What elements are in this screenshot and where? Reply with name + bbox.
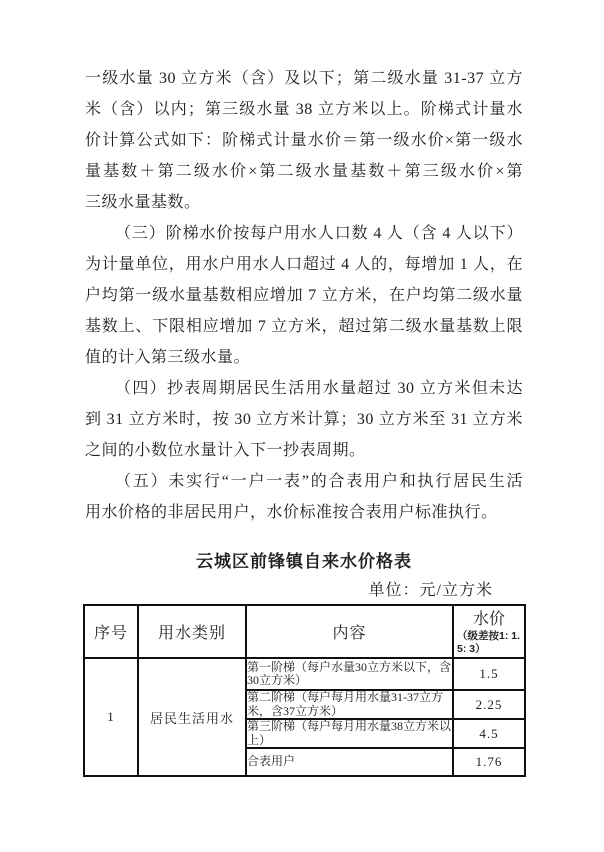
price-column-title: 水价 xyxy=(454,608,524,629)
tier-content: 第一阶梯（每户水量30立方米以下，含30立方米） xyxy=(246,658,453,690)
tier-price: 1.5 xyxy=(453,658,525,690)
table-row: 1 居民生活用水 第一阶梯（每户水量30立方米以下，含30立方米） 1.5 xyxy=(84,658,525,690)
col-header-category: 用水类别 xyxy=(138,605,246,658)
body-text-line: 基数上、下限相应增加 7 立方米，超过第二级水量基数上限 xyxy=(85,311,523,342)
body-text-line: （五）未实行“一户一表”的合表用户和执行居民生活 xyxy=(85,466,523,497)
body-text-line: 值的计入第三级水量。 xyxy=(85,342,523,373)
water-price-table: 序号 用水类别 内容 水价 （级差按1: 1.5: 3） 1 居民生活用水 第一… xyxy=(83,604,526,777)
row-usage-category: 居民生活用水 xyxy=(138,658,246,776)
body-text-line: 用水价格的非居民用户，水价标准按合表用户标准执行。 xyxy=(85,497,523,528)
body-text-line: 之间的小数位水量计入下一抄表周期。 xyxy=(85,435,523,466)
row-seq-number: 1 xyxy=(84,658,138,776)
tier-content: 合表用户 xyxy=(246,748,453,776)
price-column-note: （级差按1: 1.5: 3） xyxy=(454,629,524,656)
body-text-line: 一级水量 30 立方米（含）及以下；第二级水量 31-37 立方 xyxy=(85,63,523,94)
tier-price: 1.76 xyxy=(453,748,525,776)
table-header-row: 序号 用水类别 内容 水价 （级差按1: 1.5: 3） xyxy=(84,605,525,658)
body-text-line: 三级水量基数。 xyxy=(85,187,523,218)
body-text-line: 价计算公式如下：阶梯式计量水价＝第一级水价×第一级水 xyxy=(85,125,523,156)
body-text-line: （四）抄表周期居民生活用水量超过 30 立方米但未达 xyxy=(85,373,523,404)
tier-content: 第二阶梯（每户每月用水量31-37立方米，含37立方米） xyxy=(246,690,453,719)
tier-price: 2.25 xyxy=(453,690,525,719)
tier-price: 4.5 xyxy=(453,719,525,748)
body-text-line: 户均第一级水量基数相应增加 7 立方米，在户均第二级水量 xyxy=(85,280,523,311)
table-title: 云城区前锋镇自来水价格表 xyxy=(85,547,523,572)
tier-content: 第三阶梯（每户每月用水量38立方米以上） xyxy=(246,719,453,748)
col-header-content: 内容 xyxy=(246,605,453,658)
unit-label: 单位：元/立方米 xyxy=(85,577,523,600)
col-header-seq: 序号 xyxy=(84,605,138,658)
document-page: 一级水量 30 立方米（含）及以下；第二级水量 31-37 立方 米（含）以内；… xyxy=(0,0,604,852)
body-text-line: 米（含）以内；第三级水量 38 立方米以上。阶梯式计量水 xyxy=(85,94,523,125)
body-text-line: 为计量单位，用水户用水人口超过 4 人的，每增加 1 人，在 xyxy=(85,249,523,280)
body-text-line: 量基数＋第二级水价×第二级水量基数＋第三级水价×第 xyxy=(85,156,523,187)
body-text-line: （三）阶梯水价按每户用水人口数 4 人（含 4 人以下） xyxy=(85,218,523,249)
body-text-line: 到 31 立方米时，按 30 立方米计算；30 立方米至 31 立方米 xyxy=(85,404,523,435)
body-text: 一级水量 30 立方米（含）及以下；第二级水量 31-37 立方 米（含）以内；… xyxy=(85,63,523,528)
col-header-price: 水价 （级差按1: 1.5: 3） xyxy=(453,605,525,658)
